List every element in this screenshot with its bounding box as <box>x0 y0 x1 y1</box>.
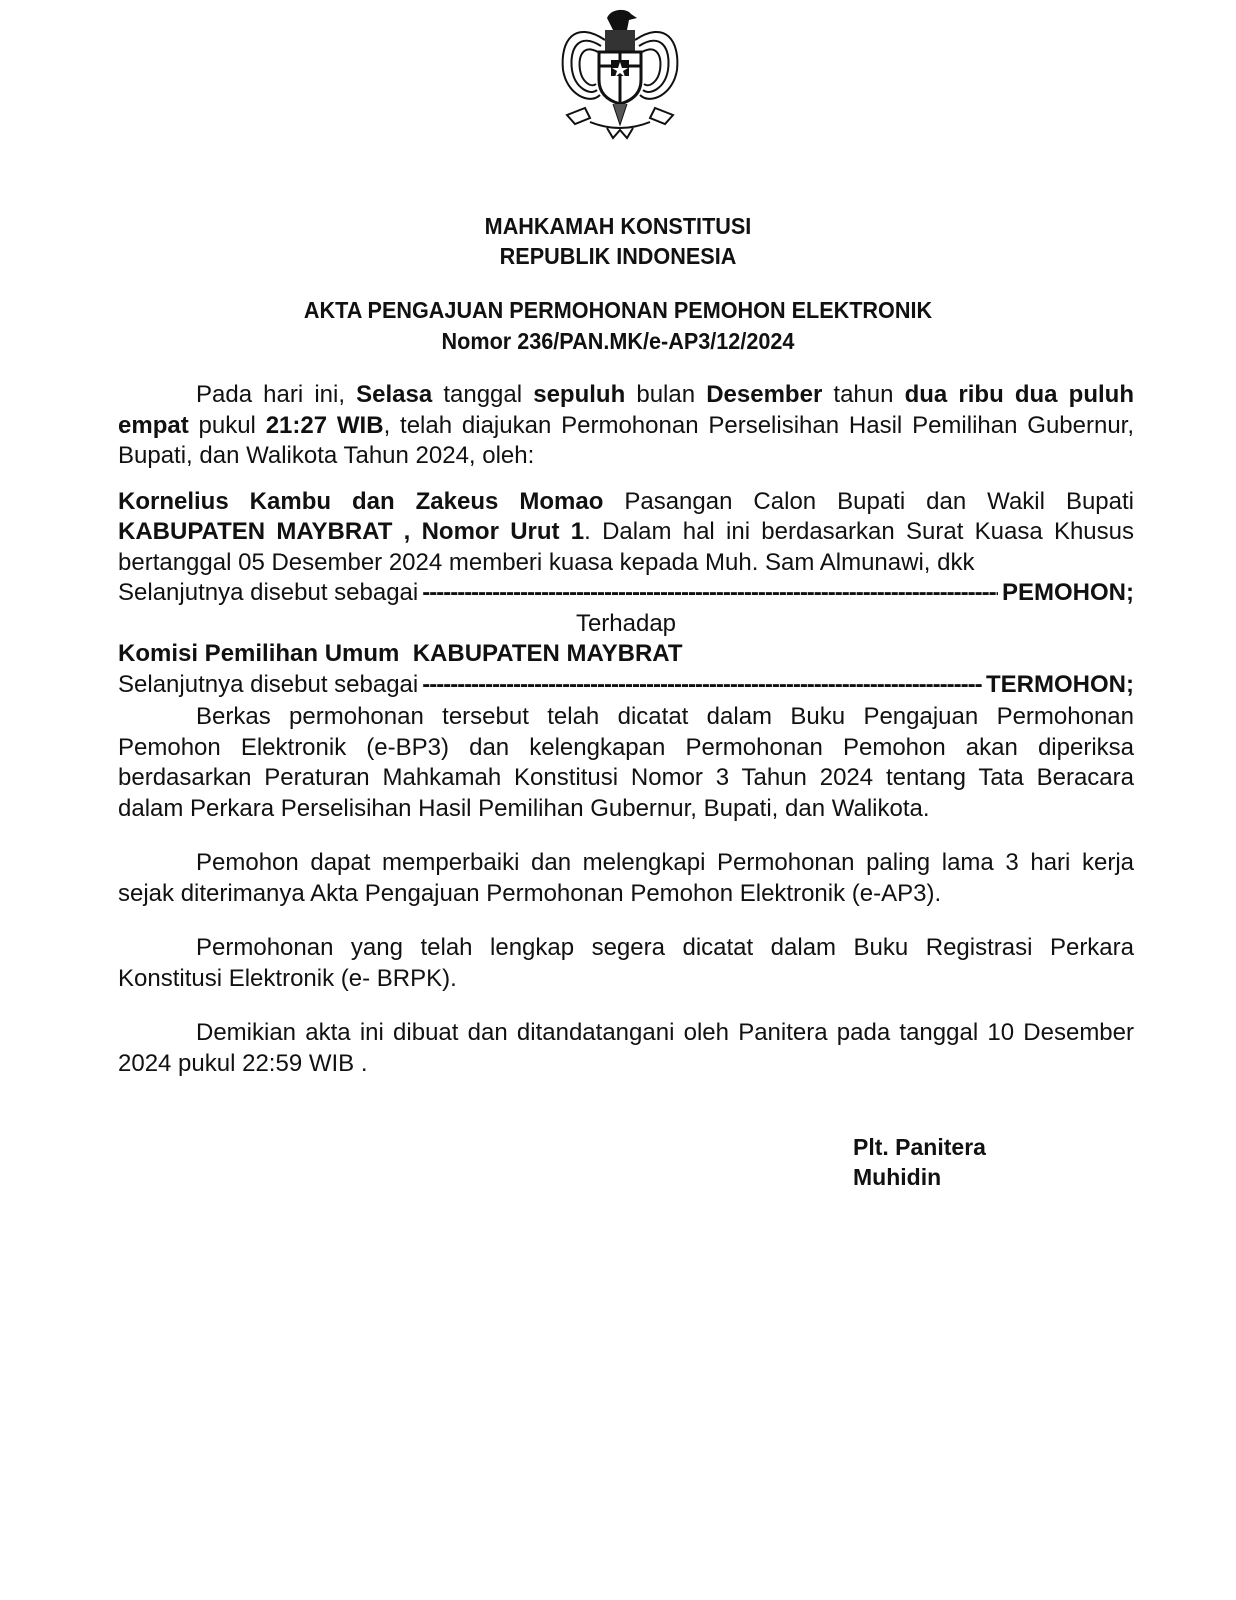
registration-paragraph: Berkas permohonan tersebut telah dicatat… <box>118 702 1134 824</box>
respondent-name: Komisi Pemilihan Umum KABUPATEN MAYBRAT <box>118 639 1134 670</box>
against-label: Terhadap <box>118 609 1134 640</box>
document-number: Nomor 236/PAN.MK/e-AP3/12/2024 <box>37 326 1199 356</box>
signatory-title: Plt. Panitera <box>853 1132 986 1162</box>
document-body: Pada hari ini, Selasa tanggal sepuluh bu… <box>118 380 1134 1079</box>
institution-name: MAHKAMAH KONSTITUSI <box>37 211 1199 241</box>
signatory-name: Muhidin <box>853 1162 986 1192</box>
closing-paragraph: Demikian akta ini dibuat dan ditandatang… <box>118 1018 1134 1079</box>
garuda-pancasila-emblem-icon <box>545 0 695 150</box>
revision-paragraph: Pemohon dapat memperbaiki dan melengkapi… <box>118 848 1134 909</box>
institution-country: REPUBLIK INDONESIA <box>37 241 1199 271</box>
signature-block: Plt. Panitera Muhidin <box>853 1132 986 1192</box>
document-title: AKTA PENGAJUAN PERMOHONAN PEMOHON ELEKTR… <box>37 295 1199 325</box>
opening-paragraph: Pada hari ini, Selasa tanggal sepuluh bu… <box>118 380 1134 472</box>
complete-paragraph: Permohonan yang telah lengkap segera dic… <box>118 933 1134 994</box>
respondent-designation: Selanjutnya disebut sebagai-------------… <box>118 670 1134 701</box>
petitioner-designation: Selanjutnya disebut sebagai-------------… <box>118 578 1134 609</box>
petitioner-paragraph: Kornelius Kambu dan Zakeus Momao Pasanga… <box>118 487 1134 579</box>
